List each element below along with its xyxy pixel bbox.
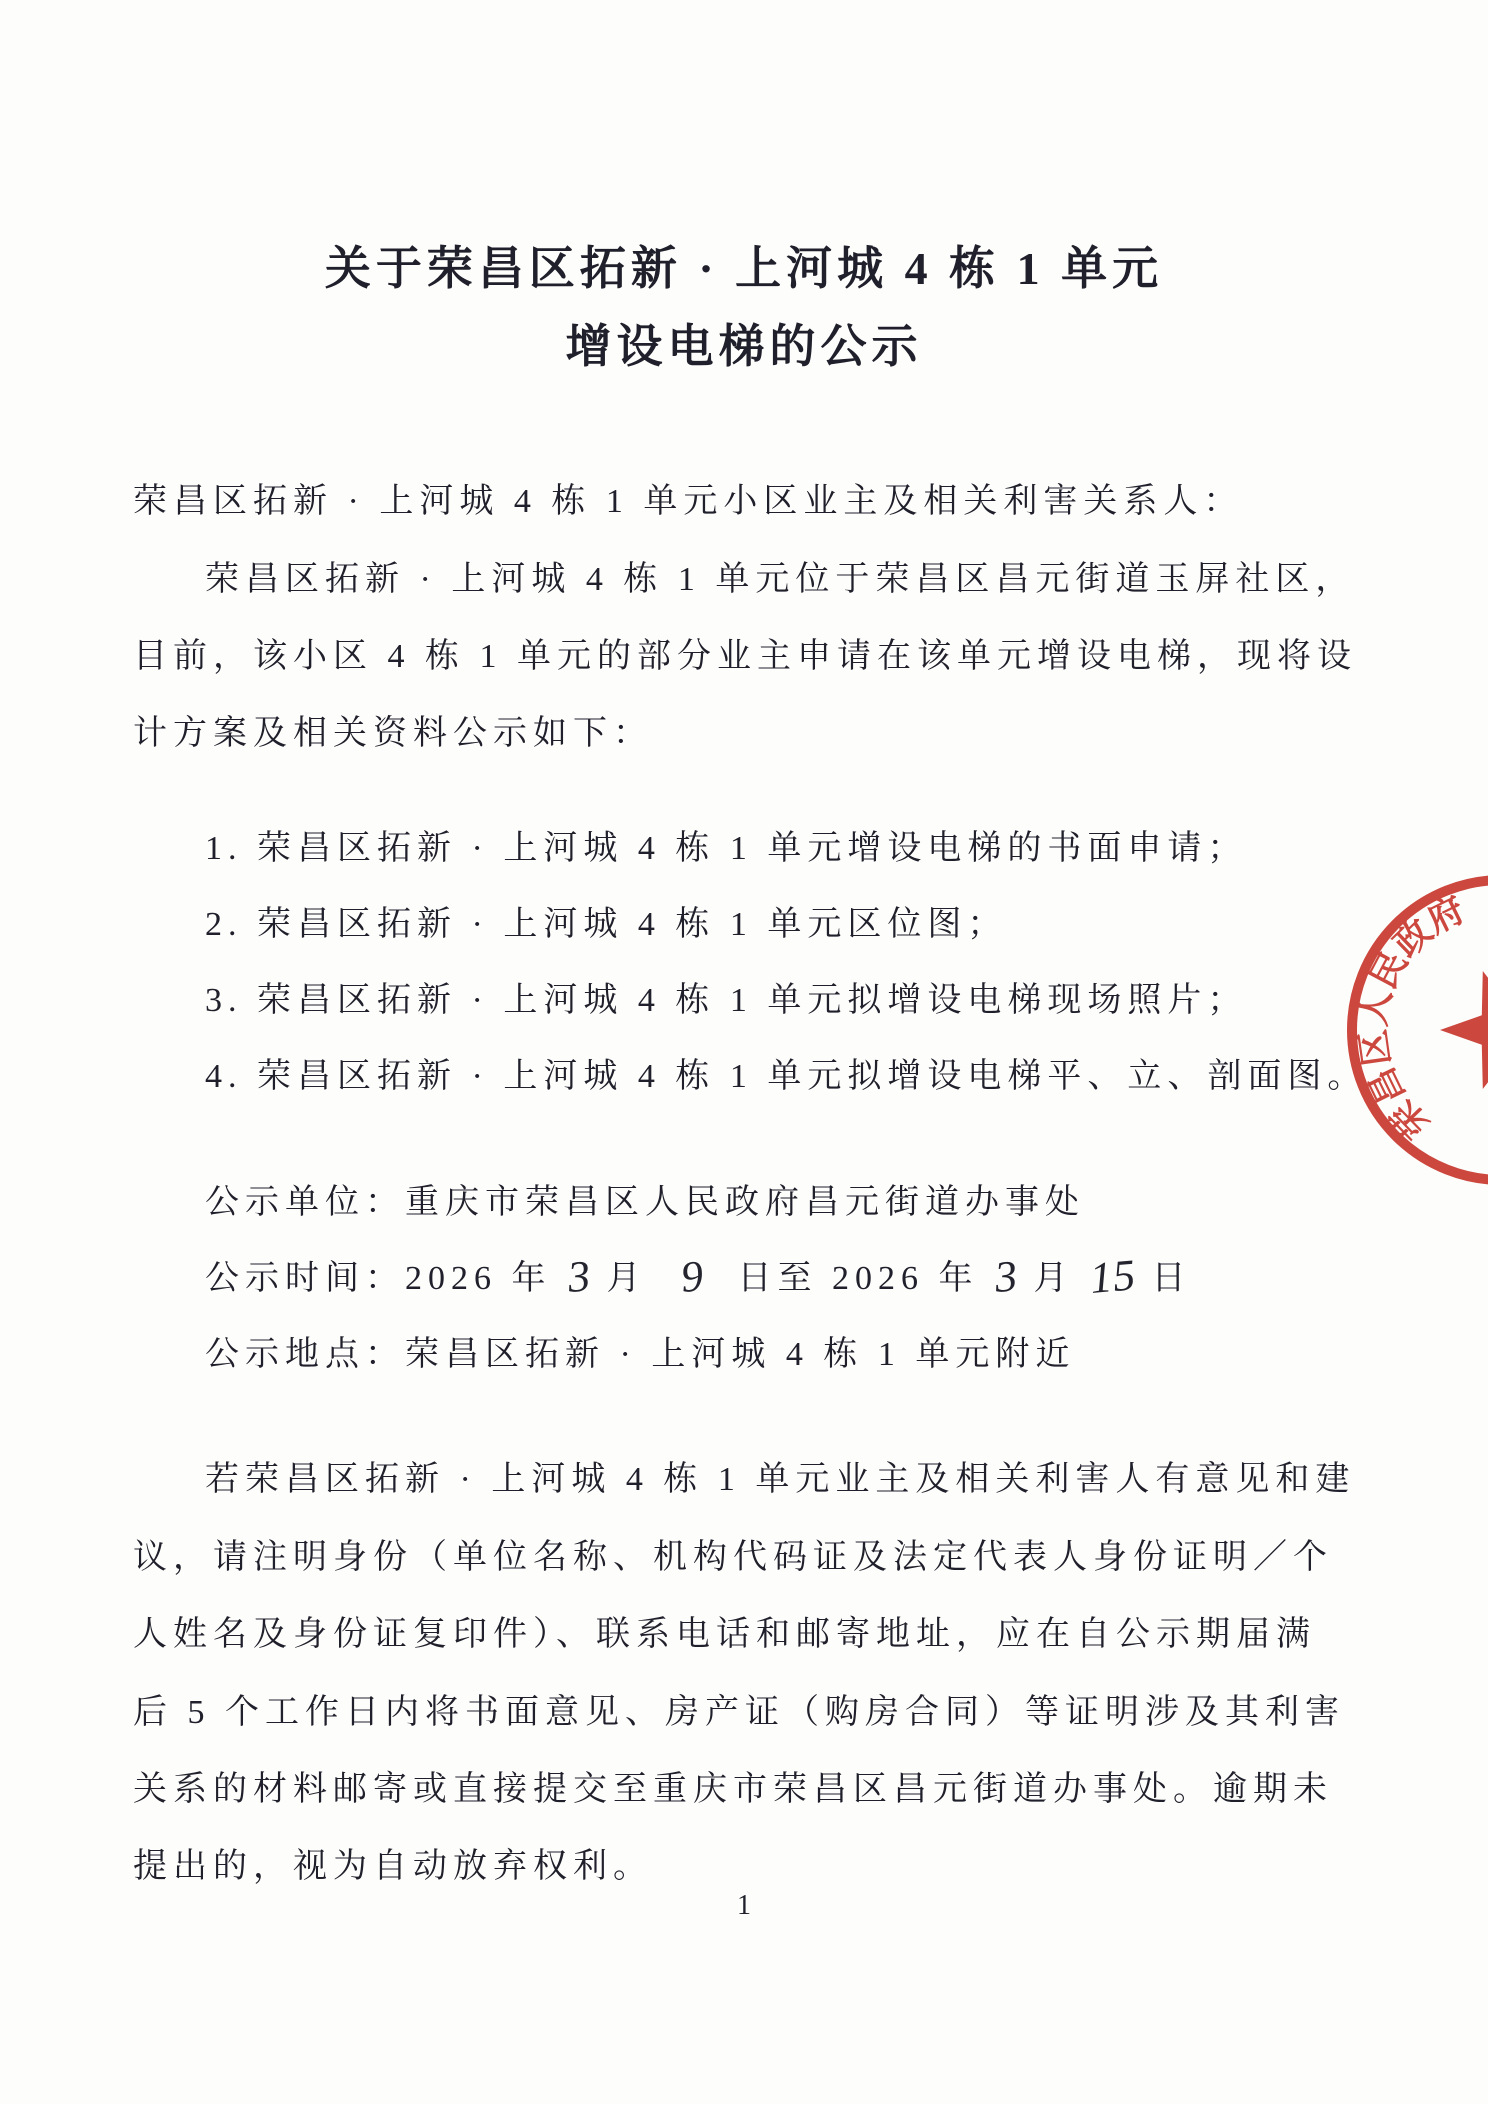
document-page: 关于荣昌区拓新 · 上河城 4 栋 1 单元 增设电梯的公示 荣昌区拓新 · 上… — [0, 0, 1488, 2104]
feedback-line: 关系的材料邮寄或直接提交至重庆市荣昌区昌元街道办事处。逾期未 — [133, 1761, 1393, 1810]
intro-line: 目前，该小区 4 栋 1 单元的部分业主申请在该单元增设电梯，现将设 — [133, 628, 1393, 677]
feedback-line: 人姓名及身份证复印件）、联系电话和邮寄地址，应在自公示期届满 — [133, 1606, 1393, 1655]
intro-line: 荣昌区拓新 · 上河城 4 栋 1 单元位于荣昌区昌元街道玉屏社区， — [133, 551, 1465, 600]
material-item-1: 1. 荣昌区拓新 · 上河城 4 栋 1 单元增设电梯的书面申请； — [133, 820, 1465, 869]
document-title-line1: 关于荣昌区拓新 · 上河城 4 栋 1 单元 — [0, 232, 1488, 298]
notice-time-month-unit2: 月 — [1034, 1260, 1074, 1297]
salutation-line: 荣昌区拓新 · 上河城 4 栋 1 单元小区业主及相关利害关系人： — [133, 473, 1393, 522]
notice-time-suffix: 日 — [1152, 1260, 1192, 1297]
notice-time-middle: 日至 2026 年 — [738, 1260, 979, 1297]
handwritten-start-month: 3 — [565, 1250, 592, 1303]
material-item-4: 4. 荣昌区拓新 · 上河城 4 栋 1 单元拟增设电梯平、立、剖面图。 — [133, 1048, 1465, 1097]
notice-time-line: 公示时间：2026 年3月9日至 2026 年3月15日 — [133, 1250, 1465, 1302]
seal-char: 区 — [1353, 1027, 1398, 1068]
notice-time-prefix: 公示时间：2026 年 — [205, 1260, 552, 1297]
seal-star-icon — [1440, 971, 1488, 1089]
notice-place-line: 公示地点：荣昌区拓新 · 上河城 4 栋 1 单元附近 — [133, 1326, 1465, 1375]
notice-unit-line: 公示单位：重庆市荣昌区人民政府昌元街道办事处 — [133, 1174, 1465, 1223]
page-number: 1 — [0, 1890, 1488, 1922]
official-seal: 荣 昌 区 人 民 政 府 — [1302, 810, 1488, 1250]
notice-time-month-unit1: 月 — [607, 1260, 647, 1297]
feedback-line: 提出的，视为自动放弃权利。 — [133, 1838, 1393, 1887]
document-title-line2: 增设电梯的公示 — [0, 310, 1488, 376]
handwritten-end-day: 15 — [1087, 1249, 1137, 1304]
feedback-line: 若荣昌区拓新 · 上河城 4 栋 1 单元业主及相关利害人有意见和建 — [133, 1451, 1465, 1500]
feedback-line: 议，请注明身份（单位名称、机构代码证及法定代表人身份证明／个 — [133, 1529, 1393, 1578]
material-item-3: 3. 荣昌区拓新 · 上河城 4 栋 1 单元拟增设电梯现场照片； — [133, 972, 1465, 1021]
intro-line: 计方案及相关资料公示如下： — [133, 705, 1393, 754]
handwritten-start-day: 9 — [678, 1250, 705, 1303]
feedback-line: 后 5 个工作日内将书面意见、房产证（购房合同）等证明涉及其利害 — [133, 1684, 1393, 1733]
material-item-2: 2. 荣昌区拓新 · 上河城 4 栋 1 单元区位图； — [133, 896, 1465, 945]
handwritten-end-month: 3 — [992, 1250, 1019, 1303]
